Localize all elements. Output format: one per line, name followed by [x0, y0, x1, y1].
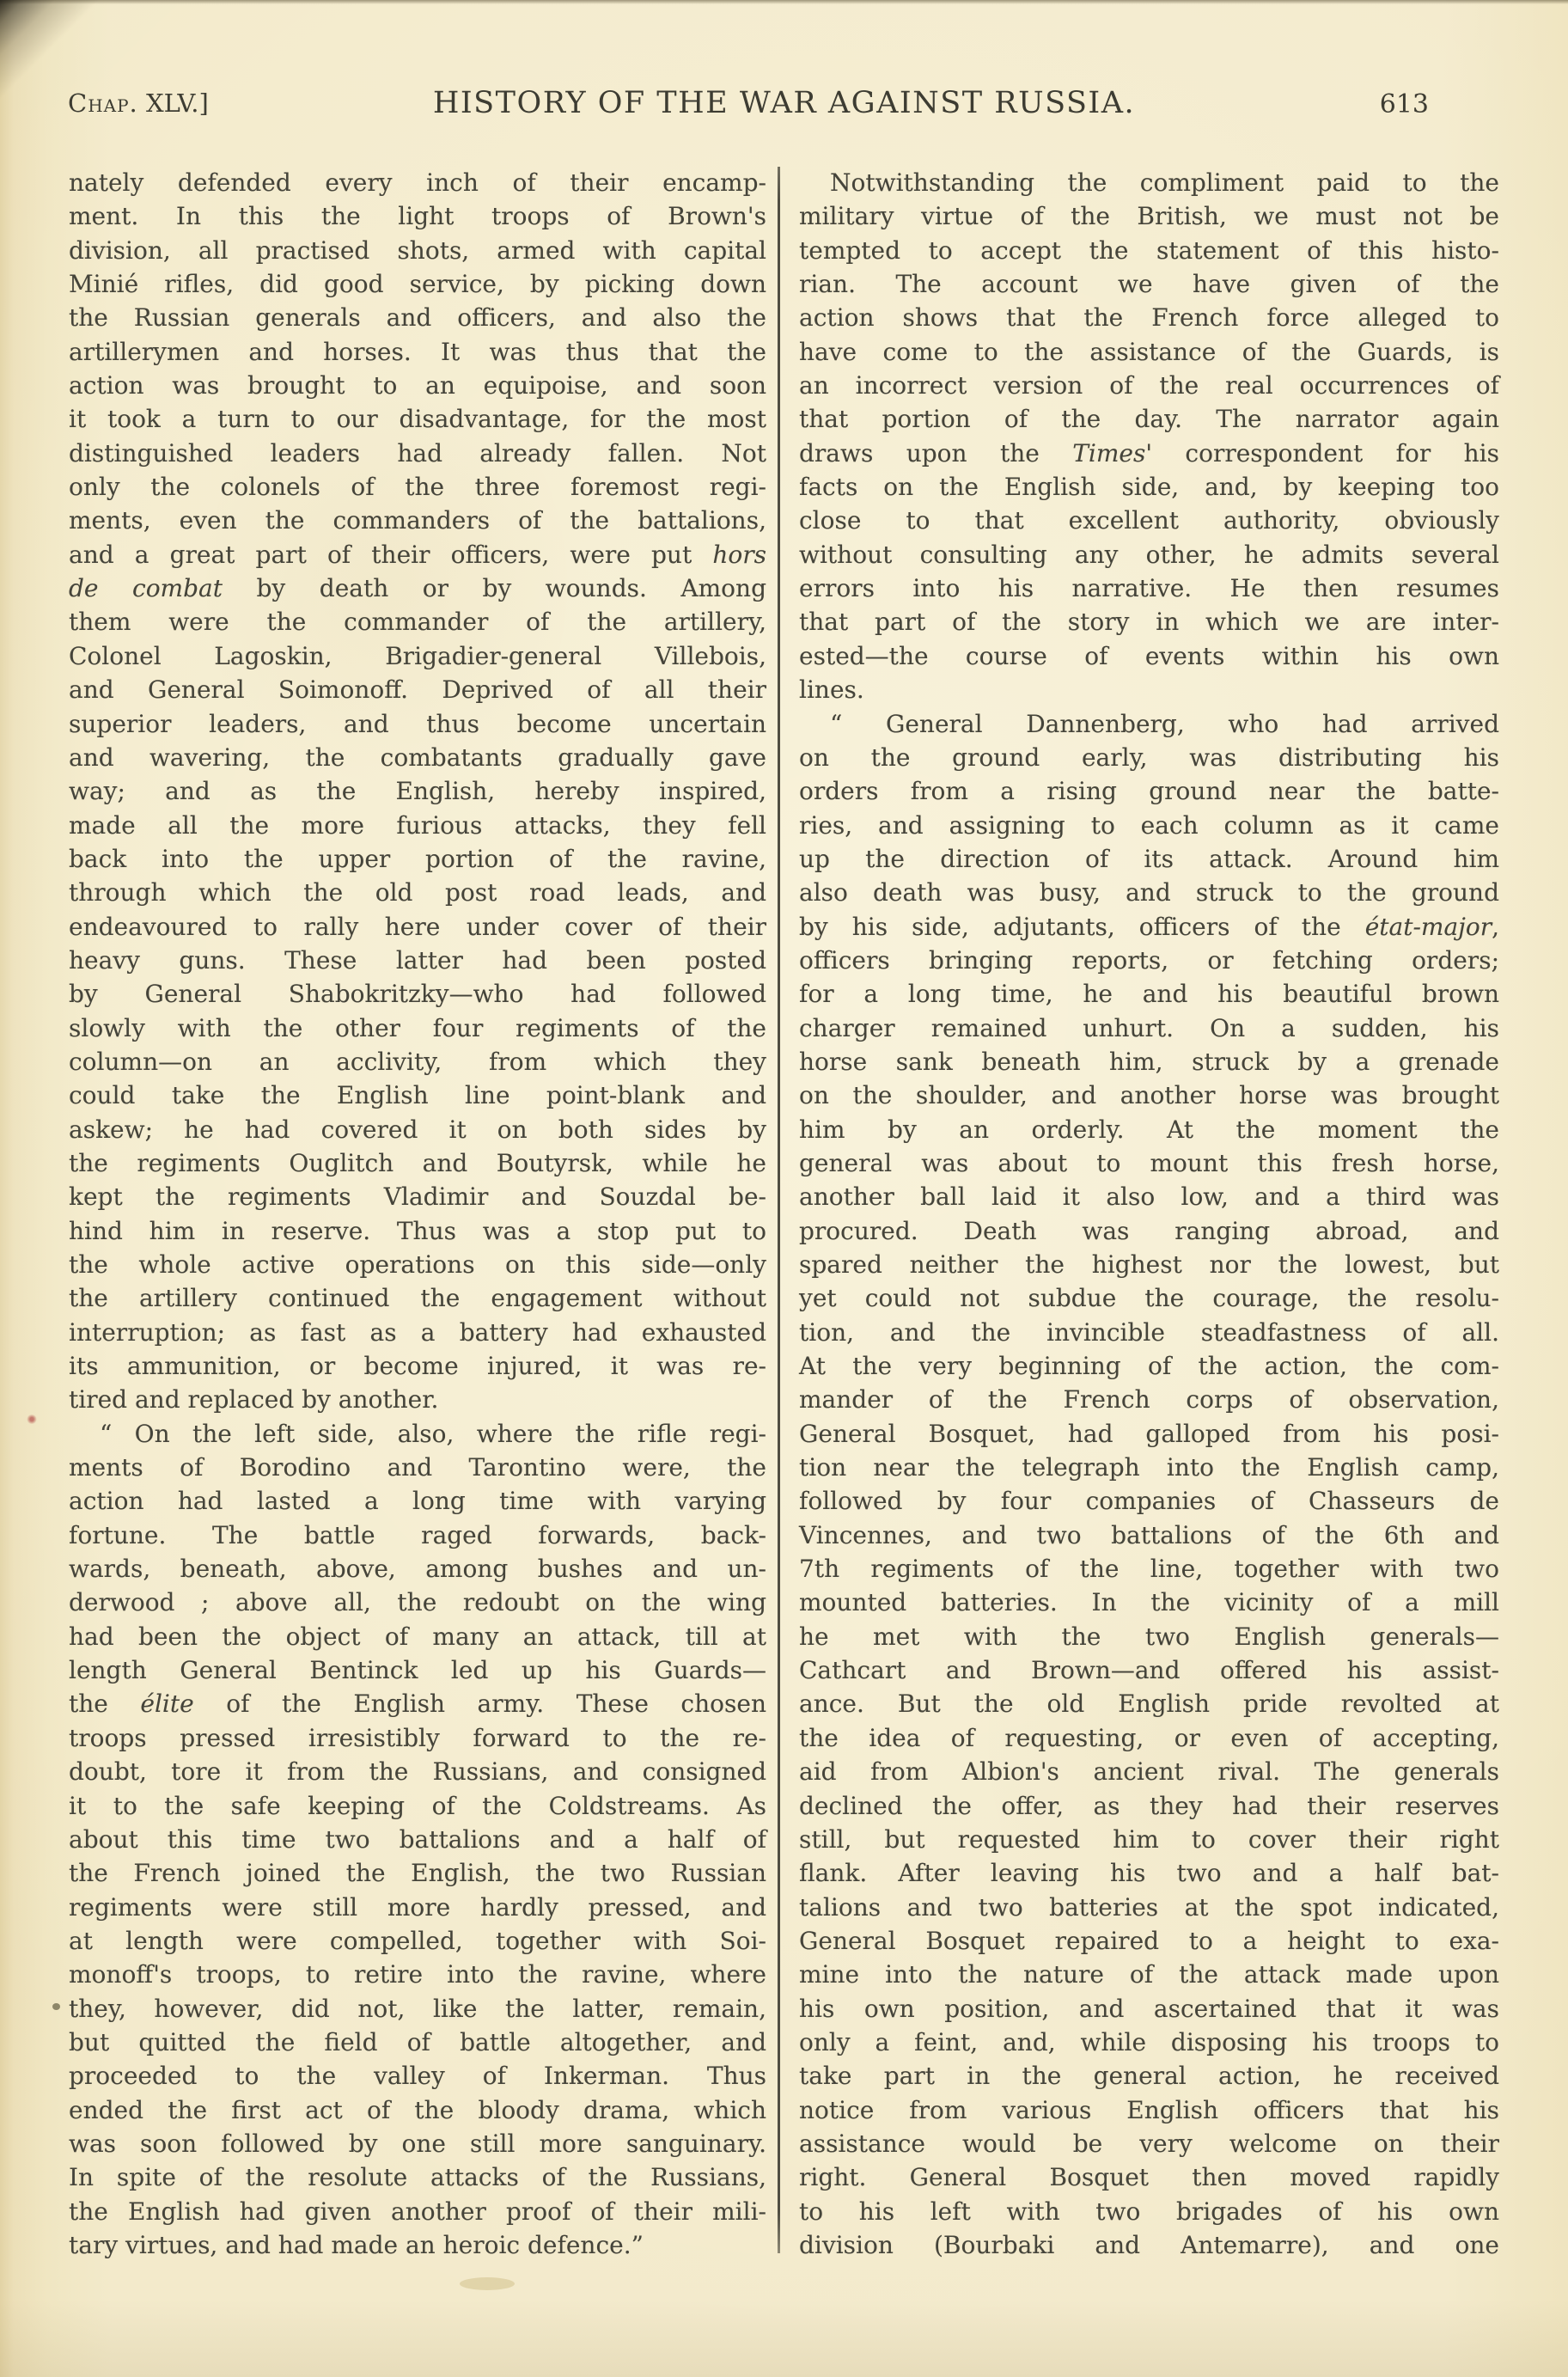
chapter-smallcaps: Chap. [68, 89, 138, 118]
text-line: the English had given another proof of t… [69, 2195, 766, 2228]
text-line: regiments were still more hardly pressed… [69, 1891, 766, 1924]
text-line: only a feint, and, while disposing his t… [799, 2026, 1499, 2059]
text-line: it to the safe keeping of the Coldstream… [69, 1789, 766, 1823]
text-line: about this time two battalions and a hal… [69, 1823, 766, 1856]
text-line: the élite of the English army. These cho… [69, 1687, 766, 1720]
text-line: another ball laid it also low, and a thi… [799, 1180, 1499, 1213]
scan-speck [52, 2003, 60, 2010]
text-line: he met with the two English generals— [799, 1620, 1499, 1653]
text-line: tempted to accept the statement of this … [799, 234, 1499, 267]
scan-smudge [460, 2277, 515, 2290]
text-line: Vincennes, and two battalions of the 6th… [799, 1518, 1499, 1552]
scan-speck [27, 1415, 37, 1424]
text-line: ested—the course of events within his ow… [799, 639, 1499, 673]
text-line: charger remained unhurt. On a sudden, hi… [799, 1011, 1499, 1045]
text-line: artillerymen and horses. It was thus tha… [69, 335, 766, 369]
text-line: his own position, and ascertained that i… [799, 1992, 1499, 2026]
text-line: Notwithstanding the compliment paid to t… [799, 166, 1499, 199]
text-line: was soon followed by one still more sang… [69, 2127, 766, 2160]
text-line: spared neither the highest nor the lowes… [799, 1248, 1499, 1281]
text-line: orders from a rising ground near the bat… [799, 774, 1499, 808]
text-line: length General Bentinck led up his Guard… [69, 1653, 766, 1687]
text-line: division (Bourbaki and Antemarre), and o… [799, 2228, 1499, 2262]
text-line: yet could not subdue the courage, the re… [799, 1281, 1499, 1315]
text-line: superior leaders, and thus become uncert… [69, 707, 766, 741]
text-line: tion near the telegraph into the English… [799, 1451, 1499, 1484]
text-line: have come to the assistance of the Guard… [799, 335, 1499, 369]
book-page: Chap. XLV.] HISTORY OF THE WAR AGAINST R… [0, 0, 1568, 2377]
text-line: general was about to mount this fresh ho… [799, 1146, 1499, 1180]
text-line: horse sank beneath him, struck by a gren… [799, 1045, 1499, 1079]
scan-top-edge-shadow [0, 0, 1568, 4]
text-line: but quitted the field of battle altogeth… [69, 2026, 766, 2059]
text-line: that part of the story in which we are i… [799, 605, 1499, 639]
text-line: back into the upper portion of the ravin… [69, 842, 766, 876]
text-line: assistance would be very welcome on thei… [799, 2127, 1499, 2160]
page-header: Chap. XLV.] HISTORY OF THE WAR AGAINST R… [0, 84, 1568, 125]
page-number: 613 [1380, 86, 1429, 124]
text-line: them were the commander of the artillery… [69, 605, 766, 639]
text-line: ance. But the old English pride revolted… [799, 1687, 1499, 1720]
text-line: declined the offer, as they had their re… [799, 1789, 1499, 1823]
text-line: kept the regiments Vladimir and Souzdal … [69, 1180, 766, 1213]
text-line: “ General Dannenberg, who had arrived [799, 707, 1499, 741]
text-line: heavy guns. These latter had been posted [69, 944, 766, 977]
text-line: military virtue of the British, we must … [799, 199, 1499, 233]
text-line: that portion of the day. The narrator ag… [799, 402, 1499, 436]
text-column-right: Notwithstanding the compliment paid to t… [799, 166, 1499, 2262]
text-line: through which the old post road leads, a… [69, 876, 766, 909]
text-line: action was brought to an equipoise, and … [69, 369, 766, 402]
text-line: hind him in reserve. Thus was a stop put… [69, 1214, 766, 1248]
text-line: and General Soimonoff. Deprived of all t… [69, 673, 766, 706]
text-line: by General Shabokritzky—who had followed [69, 977, 766, 1011]
text-line: errors into his narrative. He then resum… [799, 571, 1499, 605]
text-line: close to that excellent authority, obvio… [799, 504, 1499, 537]
text-line: 7th regiments of the line, together with… [799, 1552, 1499, 1586]
text-line: tion, and the invincible steadfastness o… [799, 1316, 1499, 1349]
text-line: him by an orderly. At the moment the [799, 1113, 1499, 1146]
text-line: the whole active operations on this side… [69, 1248, 766, 1281]
text-line: tired and replaced by another. [69, 1383, 766, 1416]
text-line: the French joined the English, the two R… [69, 1856, 766, 1890]
text-line: only the colonels of the three foremost … [69, 470, 766, 504]
text-line: right. General Bosquet then moved rapidl… [799, 2160, 1499, 2194]
text-line: ments of Borodino and Tarontino were, th… [69, 1451, 766, 1484]
text-line: endeavoured to rally here under cover of… [69, 910, 766, 944]
text-line: take part in the general action, he rece… [799, 2059, 1499, 2093]
text-line: notice from various English officers tha… [799, 2093, 1499, 2127]
text-line: the Russian generals and officers, and a… [69, 301, 766, 334]
text-line: mander of the French corps of observatio… [799, 1383, 1499, 1416]
text-line: and a great part of their officers, were… [69, 538, 766, 571]
text-line: also death was busy, and struck to the g… [799, 876, 1499, 909]
text-line: on the ground early, was distributing hi… [799, 741, 1499, 774]
text-line: way; and as the English, hereby inspired… [69, 774, 766, 808]
text-line: talions and two batteries at the spot in… [799, 1891, 1499, 1924]
text-line: ment. In this the light troops of Brown'… [69, 199, 766, 233]
text-line: made all the more furious attacks, they … [69, 809, 766, 842]
text-line: it took a turn to our disadvantage, for … [69, 402, 766, 436]
text-line: interruption; as fast as a battery had e… [69, 1316, 766, 1349]
text-line: General Bosquet repaired to a height to … [799, 1924, 1499, 1958]
text-column-left: nately defended every inch of their enca… [69, 166, 766, 2262]
text-line: wards, beneath, above, among bushes and … [69, 1552, 766, 1586]
chapter-number: XLV.] [138, 89, 209, 118]
chapter-label: Chap. XLV.] [68, 84, 209, 122]
text-line: “ On the left side, also, where the rifl… [69, 1417, 766, 1451]
text-line: column—on an acclivity, from which they [69, 1045, 766, 1079]
text-line: the artillery continued the engagement w… [69, 1281, 766, 1315]
text-line: flank. After leaving his two and a half … [799, 1856, 1499, 1890]
text-line: by his side, adjutants, officers of the … [799, 910, 1499, 944]
text-line: an incorrect version of the real occurre… [799, 369, 1499, 402]
text-line: monoff's troops, to retire into the ravi… [69, 1958, 766, 1991]
text-line: on the shoulder, and another horse was b… [799, 1079, 1499, 1112]
text-line: derwood ; above all, the redoubt on the … [69, 1586, 766, 1619]
text-line: Colonel Lagoskin, Brigadier-general Vill… [69, 639, 766, 673]
text-line: they, however, did not, like the latter,… [69, 1992, 766, 2026]
text-line: its ammunition, or become injured, it wa… [69, 1349, 766, 1383]
text-line: ries, and assigning to each column as it… [799, 809, 1499, 842]
text-line: troops pressed irresistibly forward to t… [69, 1721, 766, 1755]
text-line: In spite of the resolute attacks of the … [69, 2160, 766, 2194]
text-line: officers bringing reports, or fetching o… [799, 944, 1499, 977]
text-line: the regiments Ouglitch and Boutyrsk, whi… [69, 1146, 766, 1180]
text-line: doubt, tore it from the Russians, and co… [69, 1755, 766, 1788]
text-line: distinguished leaders had already fallen… [69, 437, 766, 470]
text-line: to his left with two brigades of his own [799, 2195, 1499, 2228]
text-line: could take the English line point-blank … [69, 1079, 766, 1112]
text-line: proceeded to the valley of Inkerman. Thu… [69, 2059, 766, 2093]
text-line: action shows that the French force alleg… [799, 301, 1499, 334]
text-line: fortune. The battle raged forwards, back… [69, 1518, 766, 1552]
text-line: lines. [799, 673, 1499, 706]
text-line: askew; he had covered it on both sides b… [69, 1113, 766, 1146]
running-title: HISTORY OF THE WAR AGAINST RUSSIA. [433, 84, 1135, 122]
text-line: nately defended every inch of their enca… [69, 166, 766, 199]
text-line: action had lasted a long time with varyi… [69, 1484, 766, 1518]
text-line: At the very beginning of the action, the… [799, 1349, 1499, 1383]
text-line: tary virtues, and had made an heroic def… [69, 2228, 766, 2262]
text-line: draws upon the Times' correspondent for … [799, 437, 1499, 470]
text-line: mine into the nature of the attack made … [799, 1958, 1499, 1991]
text-line: aid from Albion's ancient rival. The gen… [799, 1755, 1499, 1788]
text-line: mounted batteries. In the vicinity of a … [799, 1586, 1499, 1619]
text-line: for a long time, he and his beautiful br… [799, 977, 1499, 1011]
text-line: up the direction of its attack. Around h… [799, 842, 1499, 876]
text-line: Cathcart and Brown—and offered his assis… [799, 1653, 1499, 1687]
column-divider-rule [778, 167, 780, 2253]
text-line: ended the first act of the bloody drama,… [69, 2093, 766, 2127]
text-line: followed by four companies of Chasseurs … [799, 1484, 1499, 1518]
text-line: without consulting any other, he admits … [799, 538, 1499, 571]
text-line: still, but requested him to cover their … [799, 1823, 1499, 1856]
text-line: Minié rifles, did good service, by picki… [69, 267, 766, 301]
text-line: slowly with the other four regiments of … [69, 1011, 766, 1045]
text-line: procured. Death was ranging abroad, and [799, 1214, 1499, 1248]
text-line: the idea of requesting, or even of accep… [799, 1721, 1499, 1755]
text-line: General Bosquet, had galloped from his p… [799, 1417, 1499, 1451]
text-line: rian. The account we have given of the [799, 267, 1499, 301]
text-line: had been the object of many an attack, t… [69, 1620, 766, 1653]
text-line: facts on the English side, and, by keepi… [799, 470, 1499, 504]
text-line: at length were compelled, together with … [69, 1924, 766, 1958]
text-line: ments, even the commanders of the battal… [69, 504, 766, 537]
text-line: and wavering, the combatants gradually g… [69, 741, 766, 774]
text-line: division, all practised shots, armed wit… [69, 234, 766, 267]
text-line: de combat by death or by wounds. Among [69, 571, 766, 605]
